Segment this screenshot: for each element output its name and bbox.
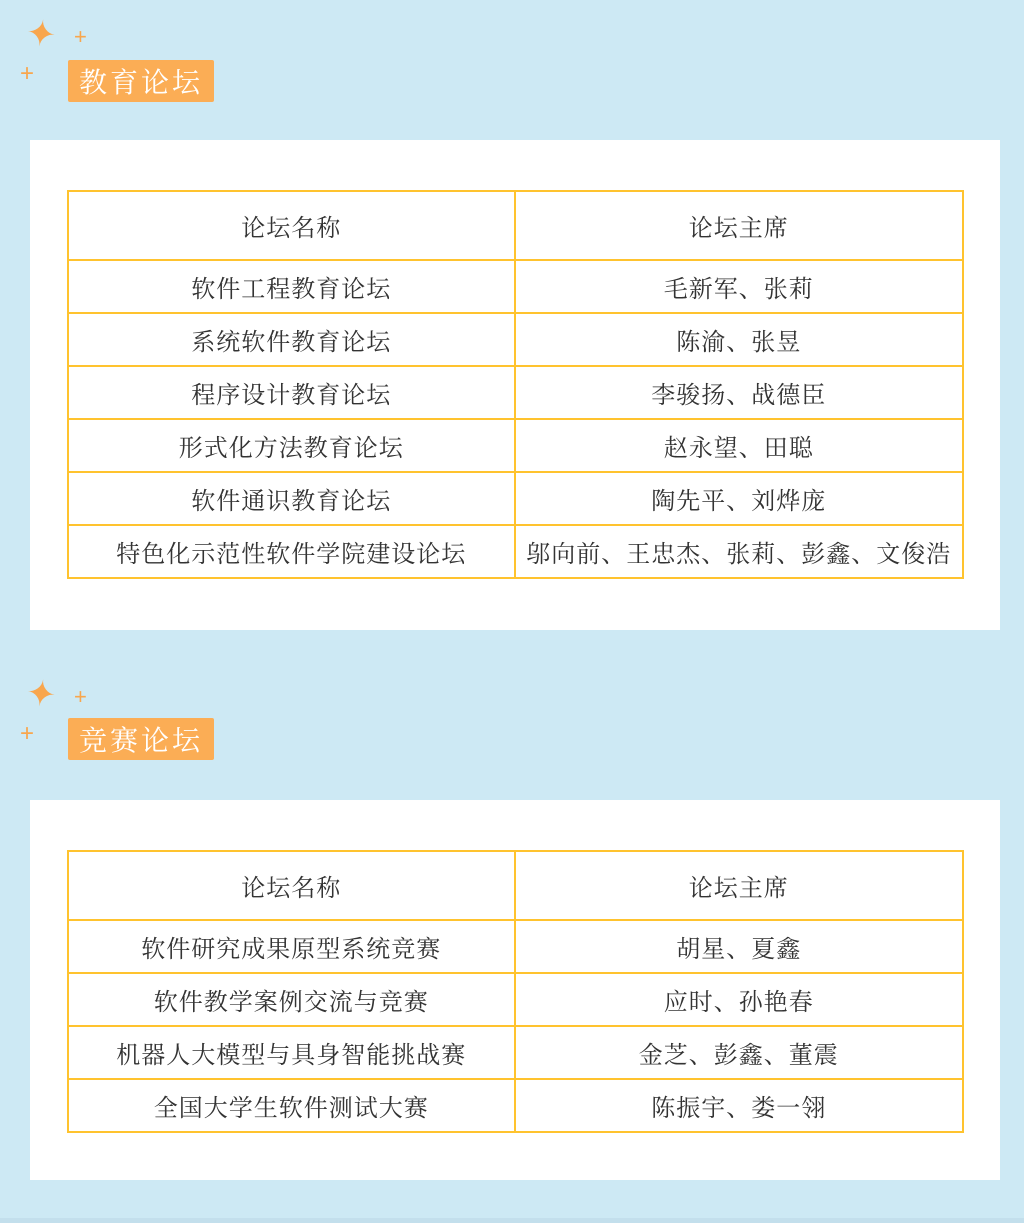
table-row: 程序设计教育论坛 李骏扬、战德臣	[68, 366, 963, 419]
table-row: 软件工程教育论坛 毛新军、张莉	[68, 260, 963, 313]
column-header-forum-name: 论坛名称	[68, 851, 516, 920]
competition-card: 论坛名称 论坛主席 软件研究成果原型系统竞赛 胡星、夏鑫 软件教学案例交流与竞赛…	[30, 800, 1000, 1180]
column-header-forum-chair: 论坛主席	[515, 191, 963, 260]
forum-chairs-cell: 金芝、彭鑫、董震	[515, 1026, 963, 1079]
forum-name-cell: 全国大学生软件测试大赛	[68, 1079, 516, 1132]
forum-name-cell: 软件通识教育论坛	[68, 472, 516, 525]
table-row: 机器人大模型与具身智能挑战赛 金芝、彭鑫、董震	[68, 1026, 963, 1079]
forum-chairs-cell: 应时、孙艳春	[515, 973, 963, 1026]
forum-name-cell: 软件研究成果原型系统竞赛	[68, 920, 516, 973]
forum-chairs-cell: 陶先平、刘烨庞	[515, 472, 963, 525]
plus-icon: +	[20, 62, 34, 86]
section-badge-education: 教育论坛	[68, 60, 214, 102]
forum-chairs-cell: 胡星、夏鑫	[515, 920, 963, 973]
forum-chairs-cell: 陈振宇、娄一翎	[515, 1079, 963, 1132]
table-row: 全国大学生软件测试大赛 陈振宇、娄一翎	[68, 1079, 963, 1132]
section-badge-competition: 竞赛论坛	[68, 718, 214, 760]
table-row: 软件研究成果原型系统竞赛 胡星、夏鑫	[68, 920, 963, 973]
plus-icon: +	[74, 686, 87, 708]
forum-chairs-cell: 陈渝、张昱	[515, 313, 963, 366]
column-header-forum-name: 论坛名称	[68, 191, 516, 260]
forum-name-cell: 软件教学案例交流与竞赛	[68, 973, 516, 1026]
forum-name-cell: 软件工程教育论坛	[68, 260, 516, 313]
forum-chairs-cell: 李骏扬、战德臣	[515, 366, 963, 419]
forum-chairs-cell: 赵永望、田聪	[515, 419, 963, 472]
table-row: 形式化方法教育论坛 赵永望、田聪	[68, 419, 963, 472]
education-card: 论坛名称 论坛主席 软件工程教育论坛 毛新军、张莉 系统软件教育论坛 陈渝、张昱…	[30, 140, 1000, 630]
forum-name-cell: 程序设计教育论坛	[68, 366, 516, 419]
table-header-row: 论坛名称 论坛主席	[68, 851, 963, 920]
page-bottom-strip	[0, 1218, 1024, 1223]
competition-forum-table: 论坛名称 论坛主席 软件研究成果原型系统竞赛 胡星、夏鑫 软件教学案例交流与竞赛…	[67, 850, 964, 1133]
plus-icon: +	[74, 26, 87, 48]
forum-chairs-cell: 毛新军、张莉	[515, 260, 963, 313]
forum-name-cell: 系统软件教育论坛	[68, 313, 516, 366]
column-header-forum-chair: 论坛主席	[515, 851, 963, 920]
forum-name-cell: 特色化示范性软件学院建设论坛	[68, 525, 516, 578]
forum-name-cell: 形式化方法教育论坛	[68, 419, 516, 472]
table-row: 软件教学案例交流与竞赛 应时、孙艳春	[68, 973, 963, 1026]
education-forum-table: 论坛名称 论坛主席 软件工程教育论坛 毛新军、张莉 系统软件教育论坛 陈渝、张昱…	[67, 190, 964, 579]
table-header-row: 论坛名称 论坛主席	[68, 191, 963, 260]
sparkle-icon: ✦	[24, 14, 59, 54]
forum-chairs-cell: 邬向前、王忠杰、张莉、彭鑫、文俊浩	[515, 525, 963, 578]
table-row: 特色化示范性软件学院建设论坛 邬向前、王忠杰、张莉、彭鑫、文俊浩	[68, 525, 963, 578]
plus-icon: +	[20, 722, 34, 746]
table-row: 软件通识教育论坛 陶先平、刘烨庞	[68, 472, 963, 525]
table-row: 系统软件教育论坛 陈渝、张昱	[68, 313, 963, 366]
sparkle-icon: ✦	[24, 674, 59, 714]
page: ✦ + + 教育论坛 论坛名称 论坛主席 软件工程教育论坛 毛新军、张莉 系统软…	[0, 0, 1024, 1223]
forum-name-cell: 机器人大模型与具身智能挑战赛	[68, 1026, 516, 1079]
